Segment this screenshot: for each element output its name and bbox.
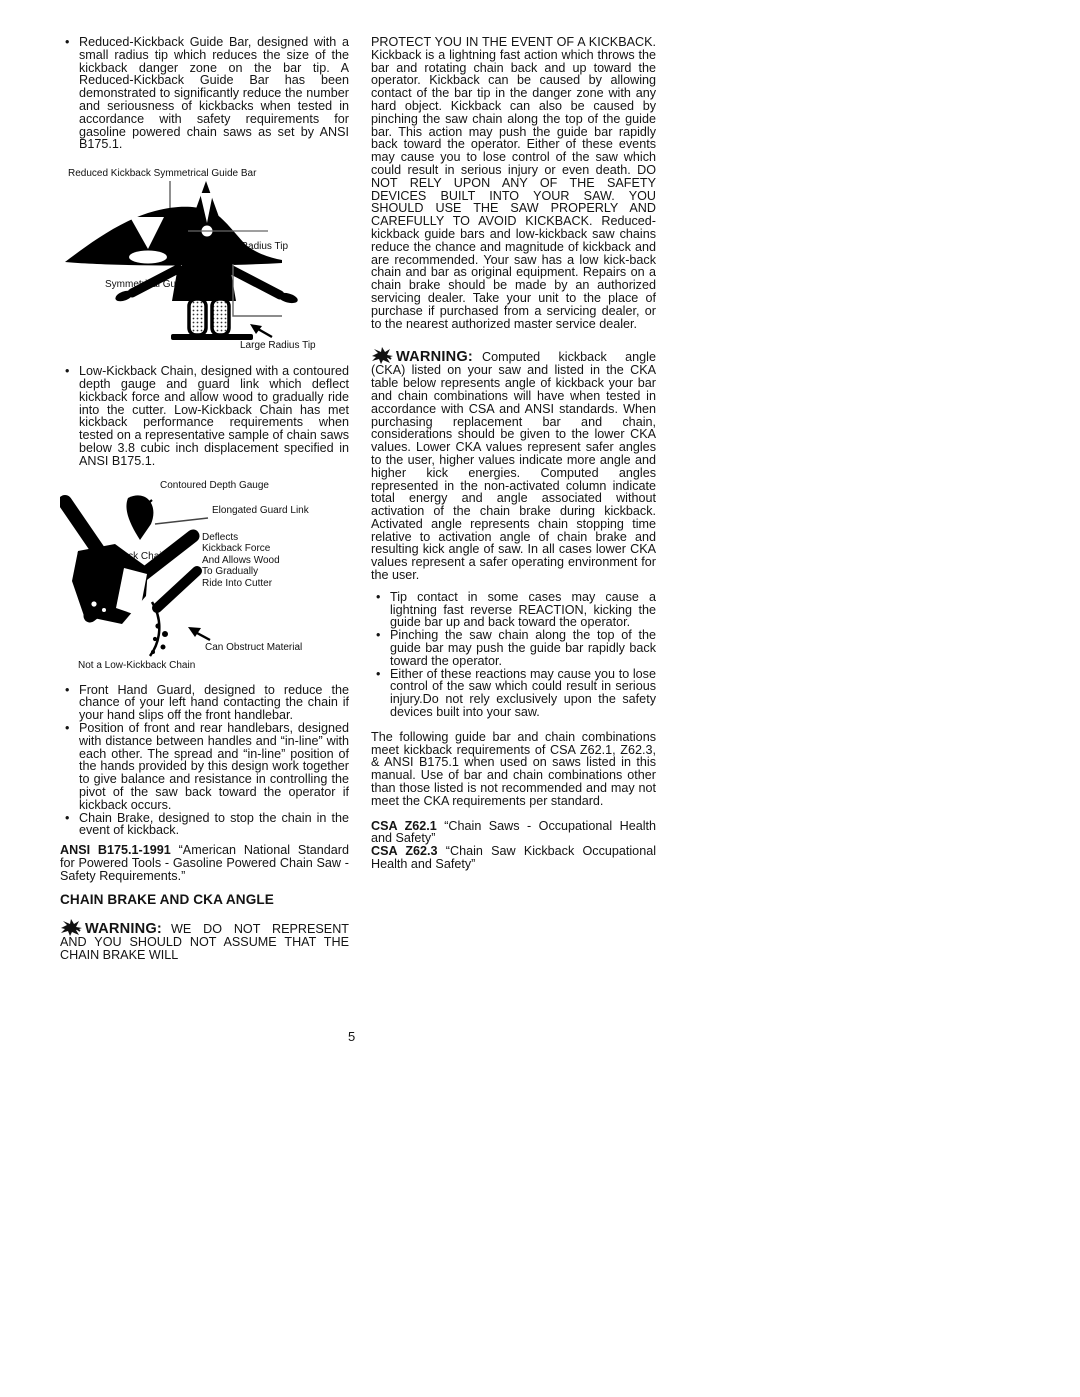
csa-z62-3-reference: CSA Z62.3 “Chain Saw Kickback Occupation… (371, 845, 656, 871)
figure-low-kickback-chain: Contoured Depth Gauge Elongated Guard Li… (60, 476, 349, 676)
page-number: 5 (348, 1029, 355, 1044)
right-column: PROTECT YOU IN THE EVENT OF A KICKBACK. … (371, 36, 656, 871)
figure-left-hand (114, 289, 134, 304)
not-low-kickback-chain-label: Not a Low-Kickback Chain (78, 660, 195, 672)
warning-triangle-icon (184, 181, 228, 242)
chain-cutout (116, 568, 147, 616)
bullet-reduced-kickback-guide-bar: Reduced-Kickback Guide Bar, designed wit… (60, 36, 349, 151)
small-radius-tip-label: Small Radius Tip (213, 241, 288, 253)
contoured-arrowhead-icon (130, 507, 142, 519)
chain-speckle-white-2 (102, 608, 106, 612)
contoured-depth-gauge-label: Contoured Depth Gauge (160, 480, 269, 492)
large-radius-tip-label: Large Radius Tip (240, 340, 316, 352)
guard-link-pointer-line (155, 518, 208, 524)
cka-warning: WARNING:Computed kickback angle (CKA) li… (371, 347, 656, 582)
csa-z62-1-reference: CSA Z62.1 “Chain Saws - Occupational Hea… (371, 820, 656, 846)
section-heading-chain-brake-cka: CHAIN BRAKE AND CKA ANGLE (60, 894, 349, 907)
large-radius-arrowhead-icon (250, 324, 262, 334)
cka-warning-text: Computed kickback angle (CKA) listed on … (371, 350, 656, 582)
chain-brake-warning: WARNING:WE DO NOT REPRESENT AND YOU SHOU… (60, 919, 349, 962)
chain-thin-curve (150, 602, 159, 656)
exclamation-dot (202, 226, 213, 237)
bar-chain-combinations-paragraph: The following guide bar and chain combin… (371, 731, 656, 808)
figure-left-leg (189, 299, 206, 335)
bullet-handlebar-position: Position of front and rear handlebars, d… (60, 722, 349, 812)
guide-bar-silhouette (65, 207, 282, 266)
figure-right-leg (212, 299, 229, 335)
elongated-guard-link-label: Elongated Guard Link (212, 505, 309, 517)
bar-cutout-triangle (130, 217, 164, 249)
figure-right-arm (230, 269, 280, 295)
exclamation-stem (200, 193, 213, 223)
figure-reduced-kickback-guide-bar: Reduced Kickback Symmetrical Guide Bar S… (60, 165, 349, 361)
contoured-arrow (138, 500, 152, 512)
chain-bar-1 (65, 502, 102, 556)
figure-shoulders (182, 260, 232, 266)
chain-speckle-white-1 (91, 601, 96, 606)
speckle-5 (151, 650, 155, 654)
guide-bar-comparison-illustration (60, 165, 349, 361)
manual-page: Reduced-Kickback Guide Bar, designed wit… (0, 0, 1080, 1397)
speckle-2 (162, 631, 168, 637)
low-kickback-chain-label: Low Kickback Chain (77, 551, 167, 563)
safety-feature-list: Front Hand Guard, designed to reduce the… (60, 684, 349, 838)
deflects-kickback-label: Deflects Kickback Force And Allows Wood … (202, 532, 280, 590)
figure-right-hand (277, 291, 299, 305)
kickback-explanation-paragraph: PROTECT YOU IN THE EVENT OF A KICKBACK. … (371, 36, 656, 330)
speckle-3 (153, 636, 157, 640)
left-column: Reduced-Kickback Guide Bar, designed wit… (60, 36, 349, 962)
chain-bar-2 (90, 536, 193, 616)
bar-cutout-ellipse (129, 251, 167, 264)
symmetrical-guide-bar-label: Symmetrical Guide Bar (105, 279, 208, 291)
chain-bar-3 (157, 571, 197, 608)
kickback-warning-icon (371, 347, 393, 364)
speckle-1 (155, 623, 160, 628)
speckle-4 (161, 644, 166, 649)
bullet-either-reaction: Either of these reactions may cause you … (371, 668, 656, 719)
bullet-front-hand-guard: Front Hand Guard, designed to reduce the… (60, 684, 349, 722)
can-obstruct-arrow (197, 633, 210, 640)
kickback-warning-icon (60, 919, 82, 936)
bullet-chain-brake: Chain Brake, designed to stop the chain … (60, 812, 349, 838)
bullet-pinching: Pinching the saw chain along the top of … (371, 629, 656, 667)
can-obstruct-material-label: Can Obstruct Material (205, 642, 302, 654)
bullet-low-kickback-chain: Low-Kickback Chain, designed with a cont… (60, 365, 349, 467)
large-radius-arrow (258, 329, 272, 337)
ansi-standard-paragraph: ANSI B175.1-1991 “American National Stan… (60, 844, 349, 882)
chain-hook (126, 495, 153, 540)
large-radius-callout-line (233, 264, 282, 316)
figure1-caption: Reduced Kickback Symmetrical Guide Bar (68, 168, 256, 180)
can-obstruct-arrowhead-icon (188, 627, 201, 637)
bullet-tip-contact: Tip contact in some cases may cause a li… (371, 591, 656, 629)
kickback-cause-list: Tip contact in some cases may cause a li… (371, 591, 656, 719)
figure-left-foot (171, 334, 220, 340)
